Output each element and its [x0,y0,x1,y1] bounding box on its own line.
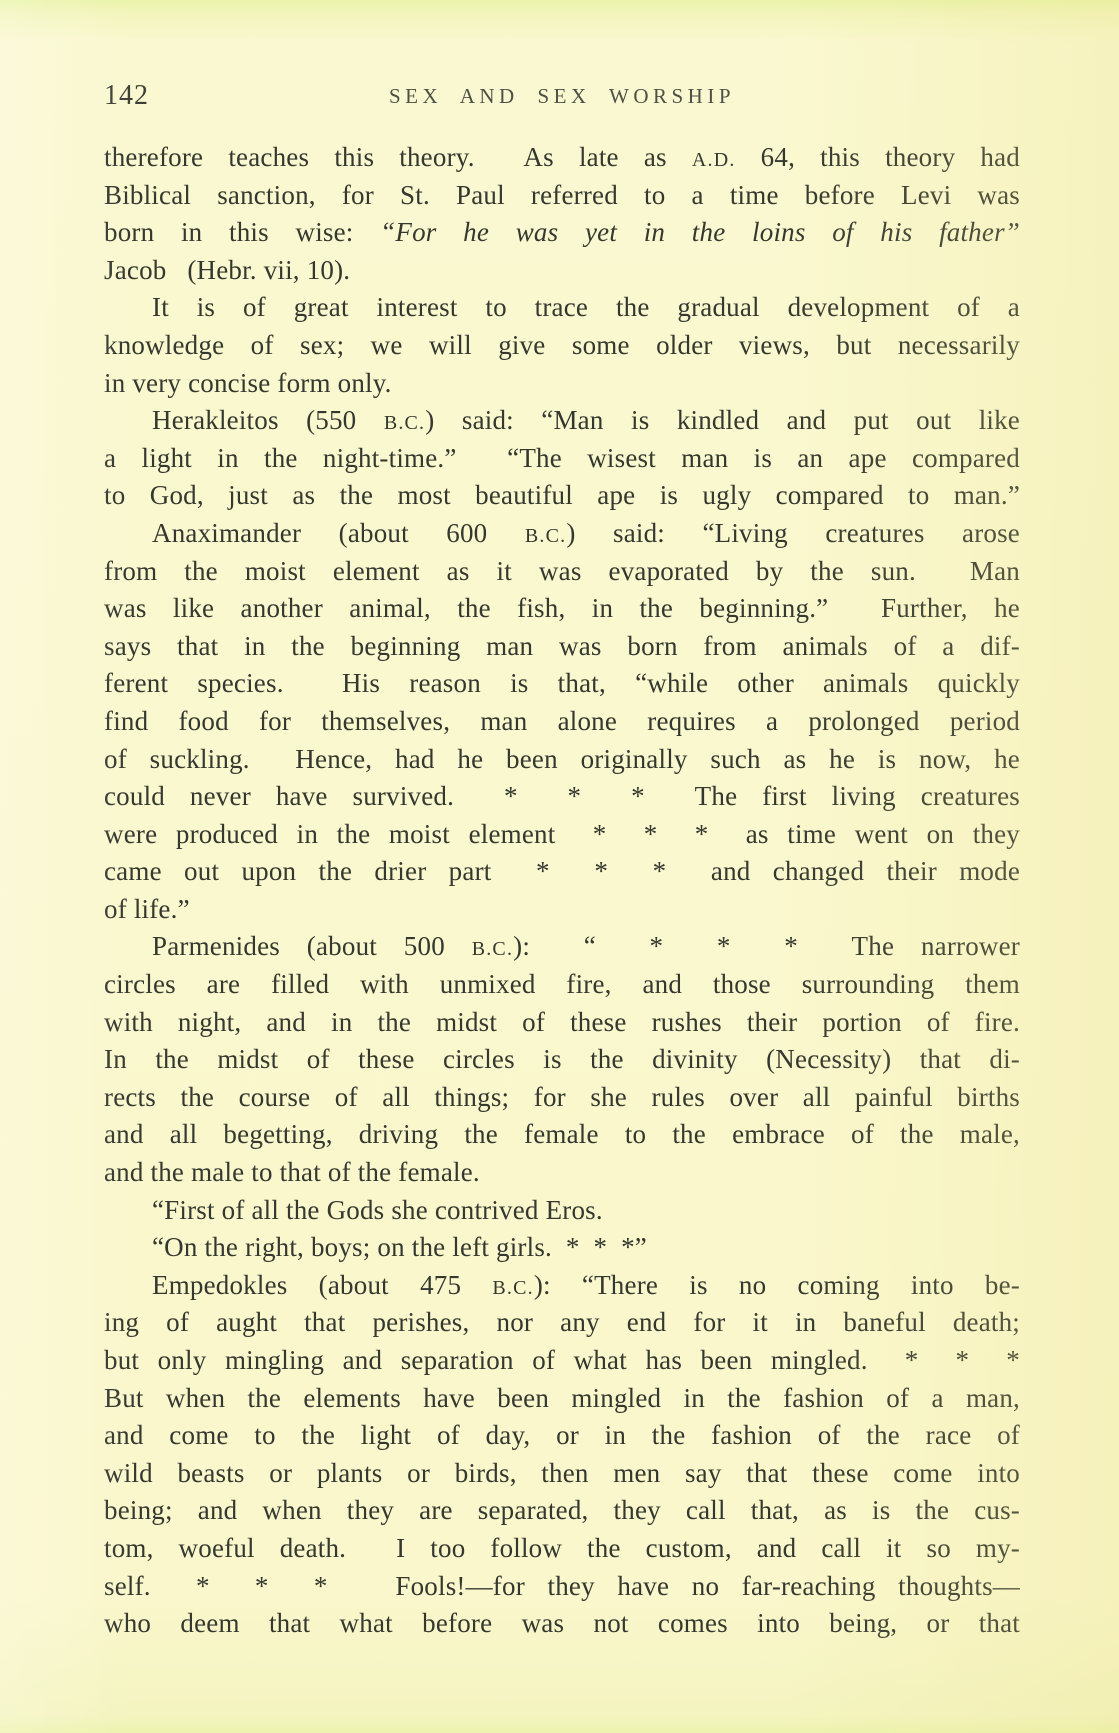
text-line: came out upon the drier part * * * and c… [104,853,1020,891]
small-caps-era-text: B.C. [525,525,566,547]
text-line: circles are filled with unmixed fire, an… [104,966,1020,1004]
text-line: rects the course of all things; for she … [104,1079,1020,1117]
body-text: being; and when they are separated, they… [104,1495,1020,1525]
body-text: was like another animal, the fish, in th… [104,593,1020,623]
body-text: Parmenides (about 500 [152,931,472,961]
body-text: says that in the beginning man was born … [104,631,1020,661]
running-title: SEX AND SEX WORSHIP [104,84,1020,109]
body-text: to God, just as the most beautiful ape i… [104,480,1020,510]
body-text: and all begetting, driving the female to… [104,1119,1020,1149]
text-line: who deem that what before was not comes … [104,1605,1020,1643]
text-line: and come to the light of day, or in the … [104,1417,1020,1455]
text-line: “First of all the Gods she contrived Ero… [104,1192,1020,1230]
text-line: were produced in the moist element * * *… [104,816,1020,854]
body-text: Jacob (Hebr. vii, 10). [104,255,350,285]
italic-quote-text: “For he was yet in the loins of his fath… [380,217,1020,247]
text-block: therefore teaches this theory. As late a… [104,139,1020,1643]
text-line: from the moist element as it was evapora… [104,553,1020,591]
body-text: Herakleitos (550 [152,405,384,435]
small-caps-era-text: A.D. [692,149,736,171]
body-text: came out upon the drier part * * * and c… [104,856,1020,886]
body-text: ferent species. His reason is that, “whi… [104,668,1020,698]
body-text: self. * * * Fools!—for they have no far-… [104,1571,1020,1601]
text-line: wild beasts or plants or birds, then men… [104,1455,1020,1493]
body-text: of suckling. Hence, had he been original… [104,744,1020,774]
body-text: In the midst of these circles is the div… [104,1044,1020,1074]
body-text: from the moist element as it was evapora… [104,556,1020,586]
body-text: ing of aught that perishes, nor any end … [104,1307,1020,1337]
text-line: could never have survived. * * * The fir… [104,778,1020,816]
small-caps-era-text: B.C. [492,1277,533,1299]
body-text: ) said: “Man is kindled and put out like [425,405,1020,435]
body-text: tom, woeful death. I too follow the cust… [104,1533,1020,1563]
text-line: Anaximander (about 600 B.C.) said: “Livi… [104,515,1020,553]
body-text: It is of great interest to trace the gra… [152,292,1020,322]
text-line: Empedokles (about 475 B.C.): “There is n… [104,1267,1020,1305]
small-caps-era-text: B.C. [472,938,513,960]
text-line: therefore teaches this theory. As late a… [104,139,1020,177]
body-text: ): “There is no coming into be- [534,1270,1020,1300]
body-text: could never have survived. * * * The fir… [104,781,1020,811]
text-line: with night, and in the midst of these ru… [104,1004,1020,1042]
body-text: and the male to that of the female. [104,1157,480,1187]
body-text: therefore teaches this theory. As late a… [104,142,692,172]
text-line: tom, woeful death. I too follow the cust… [104,1530,1020,1568]
body-text: were produced in the moist element * * *… [104,819,1020,849]
page-header: 142 SEX AND SEX WORSHIP [104,80,1020,114]
body-text: circles are filled with unmixed fire, an… [104,969,1020,999]
text-line: born in this wise: “For he was yet in th… [104,214,1020,252]
text-line: to God, just as the most beautiful ape i… [104,477,1020,515]
text-line: ferent species. His reason is that, “whi… [104,665,1020,703]
body-text: a light in the night-time.” “The wisest … [104,443,1020,473]
body-text: rects the course of all things; for she … [104,1082,1020,1112]
text-line: says that in the beginning man was born … [104,628,1020,666]
body-text: find food for themselves, man alone requ… [104,706,1020,736]
body-text: wild beasts or plants or birds, then men… [104,1458,1020,1488]
body-text: Anaximander (about 600 [152,518,525,548]
body-text: with night, and in the midst of these ru… [104,1007,1020,1037]
text-line: In the midst of these circles is the div… [104,1041,1020,1079]
text-line: Herakleitos (550 B.C.) said: “Man is kin… [104,402,1020,440]
body-text: 64, this theory had [736,142,1020,172]
text-line: It is of great interest to trace the gra… [104,289,1020,327]
body-text: ) said: “Living creatures arose [566,518,1020,548]
text-line: find food for themselves, man alone requ… [104,703,1020,741]
small-caps-era-text: B.C. [384,412,425,434]
body-text: but only mingling and separation of what… [104,1345,1020,1375]
body-text: “First of all the Gods she contrived Ero… [152,1195,603,1225]
body-text: knowledge of sex; we will give some olde… [104,330,1020,360]
text-line: self. * * * Fools!—for they have no far-… [104,1568,1020,1606]
body-text: “On the right, boys; on the left girls. … [152,1232,647,1262]
text-line: but only mingling and separation of what… [104,1342,1020,1380]
text-line: ing of aught that perishes, nor any end … [104,1304,1020,1342]
text-line: Parmenides (about 500 B.C.): “ * * * The… [104,928,1020,966]
text-line: “On the right, boys; on the left girls. … [104,1229,1020,1267]
text-line: Biblical sanction, for St. Paul referred… [104,177,1020,215]
text-line: being; and when they are separated, they… [104,1492,1020,1530]
text-line: in very concise form only. [104,365,1020,403]
text-line: knowledge of sex; we will give some olde… [104,327,1020,365]
body-text: Biblical sanction, for St. Paul referred… [104,180,1020,210]
body-text: But when the elements have been mingled … [104,1383,1020,1413]
body-text: who deem that what before was not comes … [104,1608,1020,1638]
text-line: of life.” [104,891,1020,929]
body-text: born in this wise: [104,217,380,247]
text-line: of suckling. Hence, had he been original… [104,741,1020,779]
text-line: and all begetting, driving the female to… [104,1116,1020,1154]
body-text: ): “ * * * The narrower [513,931,1020,961]
text-line: was like another animal, the fish, in th… [104,590,1020,628]
body-text: Empedokles (about 475 [152,1270,492,1300]
text-line: and the male to that of the female. [104,1154,1020,1192]
body-text: of life.” [104,894,190,924]
body-text: and come to the light of day, or in the … [104,1420,1020,1450]
text-line: But when the elements have been mingled … [104,1380,1020,1418]
body-text: in very concise form only. [104,368,392,398]
book-page-scan: 142 SEX AND SEX WORSHIP therefore teache… [0,0,1119,1733]
text-line: a light in the night-time.” “The wisest … [104,440,1020,478]
text-line: Jacob (Hebr. vii, 10). [104,252,1020,290]
